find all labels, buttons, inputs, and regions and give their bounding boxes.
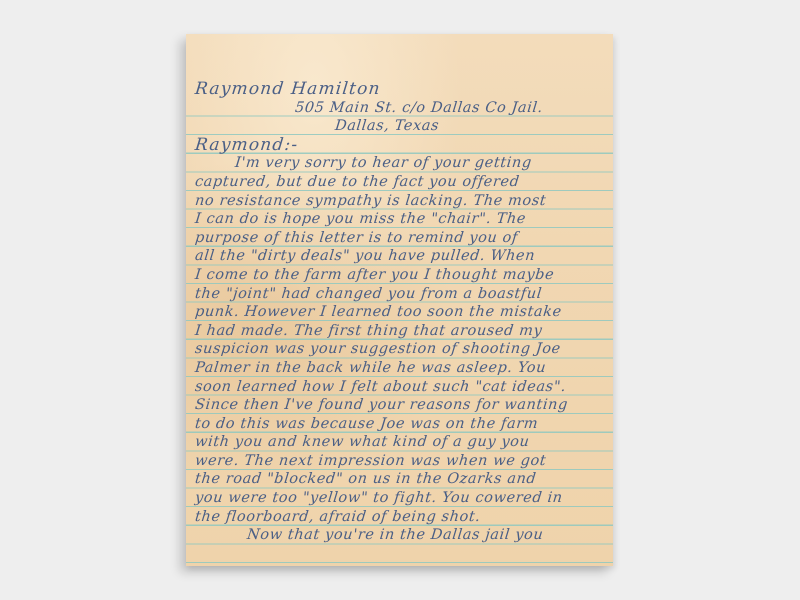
body-line: I had made. The first thing that aroused… — [194, 322, 609, 341]
body-line: soon learned how I felt about such "cat … — [194, 378, 609, 397]
body-line: the road "blocked" on us in the Ozarks a… — [194, 470, 609, 489]
body-line: with you and knew what kind of a guy you — [194, 433, 609, 452]
salutation: Raymond:- — [194, 136, 609, 155]
body-line: purpose of this letter is to remind you … — [194, 229, 609, 248]
body-line: you were too "yellow" to fight. You cowe… — [194, 489, 609, 508]
body-line: Palmer in the back while he was asleep. … — [194, 359, 609, 378]
body-line: all the "dirty deals" you have pulled. W… — [194, 247, 609, 266]
address-name: Raymond Hamilton — [194, 80, 609, 99]
body-line: I can do is hope you miss the "chair". T… — [194, 210, 609, 229]
body-line: the floorboard, afraid of being shot. — [194, 508, 609, 527]
body-line: to do this was because Joe was on the fa… — [194, 415, 609, 434]
body-line: captured, but due to the fact you offere… — [194, 173, 609, 192]
body-line: no resistance sympathy is lacking. The m… — [194, 192, 609, 211]
body-line: punk. However I learned too soon the mis… — [194, 303, 609, 322]
body-line: suspicion was your suggestion of shootin… — [194, 340, 609, 359]
body-line: Since then I've found your reasons for w… — [194, 396, 609, 415]
address-city: Dallas, Texas — [194, 117, 609, 136]
body-line: were. The next impression was when we go… — [194, 452, 609, 471]
letter-paper: Raymond Hamilton 505 Main St. c/o Dallas… — [186, 34, 613, 566]
body-line: I'm very sorry to hear of your getting — [194, 154, 609, 173]
body-line: Now that you're in the Dallas jail you — [194, 526, 609, 545]
body-line: I come to the farm after you I thought m… — [194, 266, 609, 285]
letter-text: Raymond Hamilton 505 Main St. c/o Dallas… — [186, 80, 613, 545]
address-street: 505 Main St. c/o Dallas Co Jail. — [194, 99, 609, 118]
body-line: the "joint" had changed you from a boast… — [194, 285, 609, 304]
